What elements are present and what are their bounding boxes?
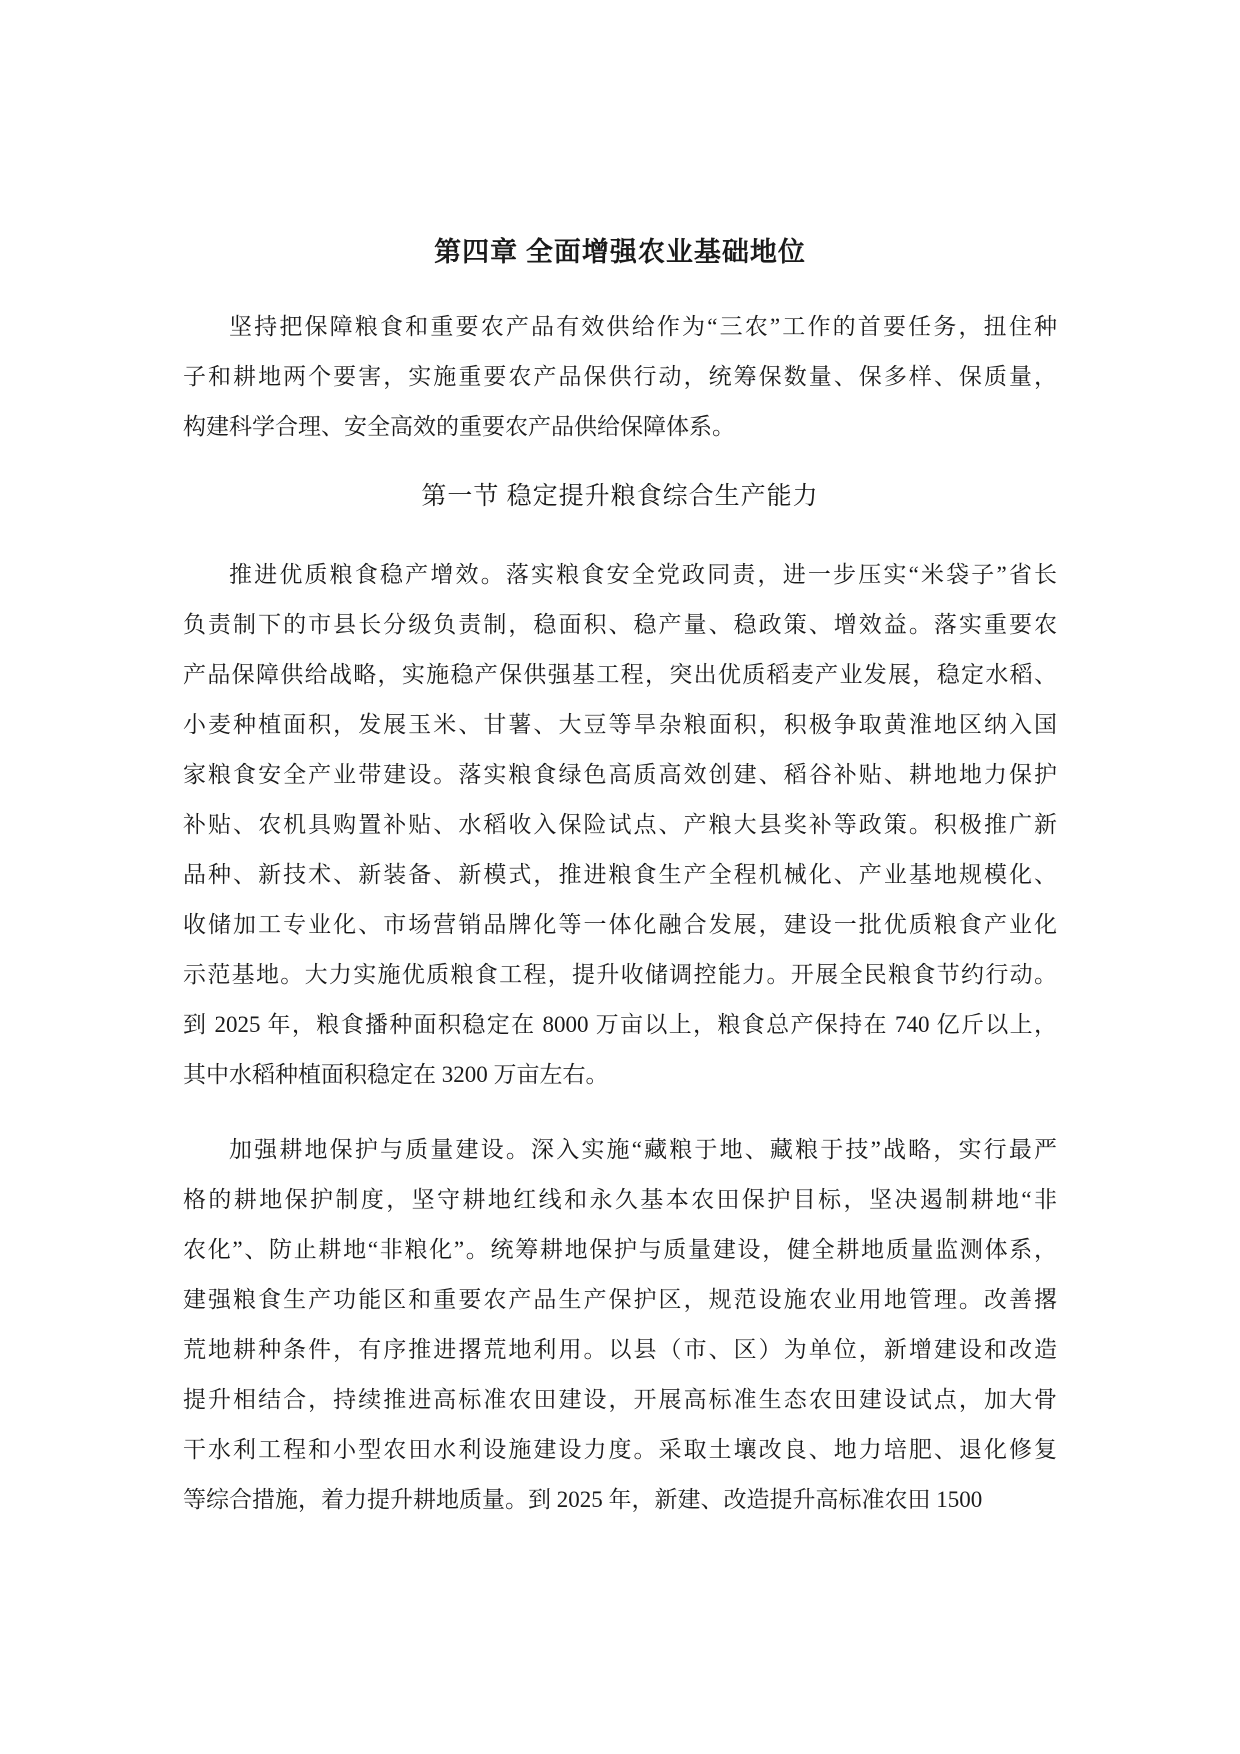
text-line: 构建科学合理、安全高效的重要农产品供给保障体系。 (183, 402, 1057, 452)
text-line: 格的耕地保护制度，坚守耕地红线和永久基本农田保护目标，坚决遏制耕地“非 (183, 1175, 1057, 1225)
text-line: 坚持把保障粮食和重要农产品有效供给作为“三农”工作的首要任务，扭住种 (183, 302, 1057, 352)
paragraph-grain-production: 推进优质粮食稳产增效。落实粮食安全党政同责，进一步压实“米袋子”省长负责制下的市… (183, 550, 1057, 1100)
text-line: 小麦种植面积，发展玉米、甘薯、大豆等旱杂粮面积，积极争取黄淮地区纳入国 (183, 700, 1057, 750)
text-line: 农化”、防止耕地“非粮化”。统筹耕地保护与质量建设，健全耕地质量监测体系， (183, 1225, 1057, 1275)
text-line: 家粮食安全产业带建设。落实粮食绿色高质高效创建、稻谷补贴、耕地地力保护 (183, 750, 1057, 800)
text-line: 推进优质粮食稳产增效。落实粮食安全党政同责，进一步压实“米袋子”省长 (183, 550, 1057, 600)
text-line: 负责制下的市县长分级负责制，稳面积、稳产量、稳政策、增效益。落实重要农 (183, 600, 1057, 650)
text-line: 提升相结合，持续推进高标准农田建设，开展高标准生态农田建设试点，加大骨 (183, 1375, 1057, 1425)
text-line: 子和耕地两个要害，实施重要农产品保供行动，统筹保数量、保多样、保质量， (183, 352, 1057, 402)
text-line: 加强耕地保护与质量建设。深入实施“藏粮于地、藏粮于技”战略，实行最严 (183, 1125, 1057, 1175)
text-line: 等综合措施，着力提升耕地质量。到 2025 年，新建、改造提升高标准农田 150… (183, 1475, 1057, 1525)
text-line: 收储加工专业化、市场营销品牌化等一体化融合发展，建设一批优质粮食产业化 (183, 900, 1057, 950)
text-line: 干水利工程和小型农田水利设施建设力度。采取土壤改良、地力培肥、退化修复 (183, 1425, 1057, 1475)
text-line: 产品保障供给战略，实施稳产保供强基工程，突出优质稻麦产业发展，稳定水稻、 (183, 650, 1057, 700)
paragraph-farmland-protection: 加强耕地保护与质量建设。深入实施“藏粮于地、藏粮于技”战略，实行最严格的耕地保护… (183, 1125, 1057, 1525)
text-line: 补贴、农机具购置补贴、水稻收入保险试点、产粮大县奖补等政策。积极推广新 (183, 800, 1057, 850)
text-line: 示范基地。大力实施优质粮食工程，提升收储调控能力。开展全民粮食节约行动。 (183, 950, 1057, 1000)
text-line: 到 2025 年，粮食播种面积稳定在 8000 万亩以上，粮食总产保持在 740… (183, 1000, 1057, 1050)
section-title: 第一节 稳定提升粮食综合生产能力 (183, 472, 1057, 522)
chapter-title: 第四章 全面增强农业基础地位 (183, 237, 1057, 267)
text-line: 荒地耕种条件，有序推进撂荒地利用。以县（市、区）为单位，新增建设和改造 (183, 1325, 1057, 1375)
text-line: 其中水稻种植面积稳定在 3200 万亩左右。 (183, 1050, 1057, 1100)
paragraph-intro: 坚持把保障粮食和重要农产品有效供给作为“三农”工作的首要任务，扭住种子和耕地两个… (183, 302, 1057, 452)
text-line: 建强粮食生产功能区和重要农产品生产保护区，规范设施农业用地管理。改善撂 (183, 1275, 1057, 1325)
text-line: 品种、新技术、新装备、新模式，推进粮食生产全程机械化、产业基地规模化、 (183, 850, 1057, 900)
document-page: 第四章 全面增强农业基础地位 坚持把保障粮食和重要农产品有效供给作为“三农”工作… (0, 0, 1240, 1754)
